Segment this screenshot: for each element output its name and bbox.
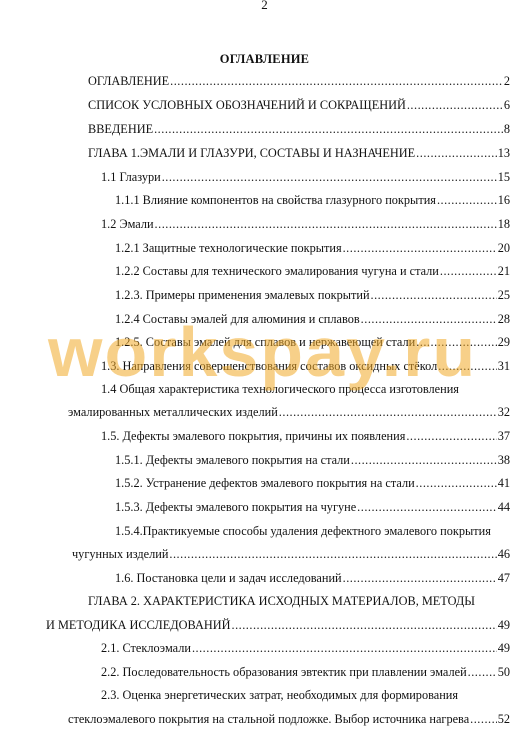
toc-entry-page: 28	[498, 311, 510, 327]
toc-entry[interactable]: 2.3. Оценка энергетических затрат, необх…	[101, 687, 510, 703]
toc-entry[interactable]: 1.2.3. Примеры применения эмалевых покры…	[115, 287, 510, 303]
toc-entry[interactable]: 1.5.4.Практикуемые способы удаления дефе…	[115, 523, 510, 539]
dot-leader	[416, 145, 497, 161]
toc-entry-page: 25	[498, 287, 510, 303]
toc-entry[interactable]: 1.1.1 Влияние компонентов на свойства гл…	[115, 192, 510, 208]
toc-entry[interactable]: И МЕТОДИКА ИССЛЕДОВАНИЙ49	[46, 617, 510, 633]
toc-entry-label: 1.4 Общая характеристика технологическог…	[101, 381, 459, 397]
toc-entry-page: 47	[498, 570, 510, 586]
dot-leader	[407, 97, 503, 113]
toc-entry[interactable]: 1.2.1 Защитные технологические покрытия2…	[115, 240, 510, 256]
page-title: ОГЛАВЛЕНИЕ	[0, 52, 529, 67]
dot-leader	[440, 263, 497, 279]
toc-entry[interactable]: эмалированных металлических изделий32	[68, 404, 510, 420]
toc-entry[interactable]: 1.2.2 Составы для технического эмалирова…	[115, 263, 510, 279]
toc-entry-label: ВВЕДЕНИЕ	[88, 121, 153, 137]
toc-entry-label: эмалированных металлических изделий	[68, 404, 278, 420]
toc-entry-label: 1.5. Дефекты эмалевого покрытия, причины…	[101, 428, 405, 444]
toc-entry[interactable]: СПИСОК УСЛОВНЫХ ОБОЗНАЧЕНИЙ И СОКРАЩЕНИЙ…	[88, 97, 510, 113]
dot-leader	[162, 169, 497, 185]
dot-leader	[468, 664, 497, 680]
toc-entry-page: 18	[498, 216, 510, 232]
toc-entry[interactable]: чугунных изделий46	[72, 546, 510, 562]
toc-entry-label: 1.5.4.Практикуемые способы удаления дефе…	[115, 523, 491, 539]
dot-leader	[192, 640, 497, 656]
toc-entry-label: 1.5.2. Устранение дефектов эмалевого пок…	[115, 475, 415, 491]
dot-leader	[279, 404, 497, 420]
toc-entry-page: 50	[498, 664, 510, 680]
toc-entry[interactable]: 1.5.2. Устранение дефектов эмалевого пок…	[115, 475, 510, 491]
toc-entry[interactable]: 1.1 Глазури15	[101, 169, 510, 185]
toc-entry-label: СПИСОК УСЛОВНЫХ ОБОЗНАЧЕНИЙ И СОКРАЩЕНИЙ	[88, 97, 406, 113]
toc-entry-label: 1.5.3. Дефекты эмалевого покрытия на чуг…	[115, 499, 356, 515]
toc-entry-label: 2.3. Оценка энергетических затрат, необх…	[101, 687, 458, 703]
dot-leader	[170, 73, 503, 89]
toc-entry[interactable]: ОГЛАВЛЕНИЕ2	[88, 73, 510, 89]
toc-entry-page: 8	[504, 121, 510, 137]
dot-leader	[169, 546, 496, 562]
toc-entry-page: 15	[498, 169, 510, 185]
toc-entry[interactable]: 1.2.4 Составы эмалей для алюминия и спла…	[115, 311, 510, 327]
toc-entry-label: 2.1. Стеклоэмали	[101, 640, 191, 656]
toc-entry-label: 2.2. Последовательность образования эвте…	[101, 664, 467, 680]
toc-entry-label: ГЛАВА 2. ХАРАКТЕРИСТИКА ИСХОДНЫХ МАТЕРИА…	[88, 593, 475, 609]
dot-leader	[438, 358, 496, 374]
toc-entry-page: 21	[498, 263, 510, 279]
toc-entry-label: 1.2.3. Примеры применения эмалевых покры…	[115, 287, 370, 303]
dot-leader	[154, 121, 503, 137]
dot-leader	[437, 192, 497, 208]
toc-entry-page: 31	[498, 358, 510, 374]
toc-entry-label: 1.3. Направления совершенствования соста…	[101, 358, 437, 374]
toc-entry-page: 29	[498, 334, 510, 350]
toc-entry[interactable]: 2.1. Стеклоэмали49	[101, 640, 510, 656]
dot-leader	[155, 216, 497, 232]
toc-entry-page: 32	[498, 404, 510, 420]
toc-entry[interactable]: 2.2. Последовательность образования эвте…	[101, 664, 510, 680]
toc-entry-label: 1.1 Глазури	[101, 169, 161, 185]
toc-entry[interactable]: 1.5.3. Дефекты эмалевого покрытия на чуг…	[115, 499, 510, 515]
toc-entry-label: 1.2 Эмали	[101, 216, 154, 232]
toc-entry[interactable]: ВВЕДЕНИЕ8	[88, 121, 510, 137]
toc-entry-page: 44	[498, 499, 510, 515]
toc-entry[interactable]: стеклоэмалевого покрытия на стальной под…	[68, 711, 510, 727]
toc-entry-label: И МЕТОДИКА ИССЛЕДОВАНИЙ	[46, 617, 231, 633]
page-number: 2	[0, 0, 529, 13]
toc-entry-label: ГЛАВА 1.ЭМАЛИ И ГЛАЗУРИ, СОСТАВЫ И НАЗНА…	[88, 145, 415, 161]
toc-entry-label: 1.2.5. Составы эмалей для сплавов и нерж…	[115, 334, 415, 350]
toc-entry-page: 6	[504, 97, 510, 113]
toc-entry-label: 1.2.4 Составы эмалей для алюминия и спла…	[115, 311, 360, 327]
toc-entry-label: 1.2.2 Составы для технического эмалирова…	[115, 263, 439, 279]
watermark: workspay.ru	[48, 317, 477, 387]
dot-leader	[343, 240, 497, 256]
toc-entry-label: 1.2.1 Защитные технологические покрытия	[115, 240, 342, 256]
toc-entry-label: 1.1.1 Влияние компонентов на свойства гл…	[115, 192, 436, 208]
toc-entry[interactable]: 1.6. Постановка цели и задач исследовани…	[115, 570, 510, 586]
toc-entry[interactable]: 1.2.5. Составы эмалей для сплавов и нерж…	[115, 334, 510, 350]
dot-leader	[406, 428, 496, 444]
dot-leader	[351, 452, 497, 468]
toc-entry[interactable]: 1.5. Дефекты эмалевого покрытия, причины…	[101, 428, 510, 444]
dot-leader	[343, 570, 497, 586]
toc-entry-label: чугунных изделий	[72, 546, 168, 562]
toc-entry-page: 49	[498, 640, 510, 656]
dot-leader	[416, 475, 497, 491]
toc-entry-page: 49	[498, 617, 510, 633]
toc-entry[interactable]: 1.2 Эмали18	[101, 216, 510, 232]
toc-entry[interactable]: ГЛАВА 2. ХАРАКТЕРИСТИКА ИСХОДНЫХ МАТЕРИА…	[88, 593, 510, 609]
toc-entry[interactable]: 1.3. Направления совершенствования соста…	[101, 358, 510, 374]
toc-entry-label: 1.5.1. Дефекты эмалевого покрытия на ста…	[115, 452, 350, 468]
dot-leader	[416, 334, 497, 350]
toc-entry-page: 2	[504, 73, 510, 89]
dot-leader	[232, 617, 497, 633]
toc-entry[interactable]: ГЛАВА 1.ЭМАЛИ И ГЛАЗУРИ, СОСТАВЫ И НАЗНА…	[88, 145, 510, 161]
dot-leader	[470, 711, 497, 727]
toc-entry-page: 46	[498, 546, 510, 562]
dot-leader	[361, 311, 497, 327]
toc-entry-page: 52	[498, 711, 510, 727]
toc-entry-page: 41	[498, 475, 510, 491]
dot-leader	[357, 499, 497, 515]
toc-entry-page: 13	[498, 145, 510, 161]
toc-entry-page: 20	[498, 240, 510, 256]
toc-entry-label: 1.6. Постановка цели и задач исследовани…	[115, 570, 342, 586]
toc-entry-page: 38	[498, 452, 510, 468]
toc-entry[interactable]: 1.5.1. Дефекты эмалевого покрытия на ста…	[115, 452, 510, 468]
dot-leader	[371, 287, 497, 303]
toc-entry-page: 16	[498, 192, 510, 208]
toc-entry-label: стеклоэмалевого покрытия на стальной под…	[68, 711, 469, 727]
toc-entry-page: 37	[498, 428, 510, 444]
toc-entry-label: ОГЛАВЛЕНИЕ	[88, 73, 169, 89]
toc-entry[interactable]: 1.4 Общая характеристика технологическог…	[101, 381, 510, 397]
